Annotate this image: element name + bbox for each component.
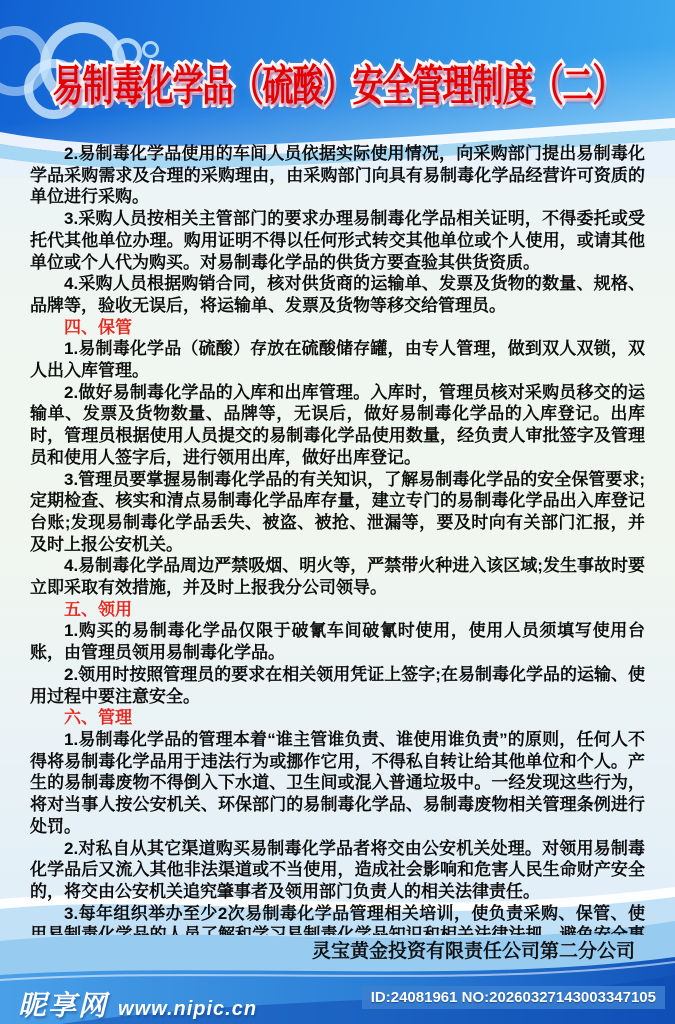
policy-paragraph: 2.做好易制毒化学品的入库和出库管理。入库时，管理员核对采购员移交的运输单、发票… — [30, 382, 645, 469]
policy-paragraph: 1.易制毒化学品的管理本着“谁主管谁负责、谁使用谁负责”的原则，任何人不得将易制… — [30, 729, 645, 838]
safety-policy-poster: 易制毒化学品（硫酸）安全管理制度（二） 2.易制毒化学品使用的车间人员依据实际使… — [0, 0, 675, 1024]
poster-title: 易制毒化学品（硫酸）安全管理制度（二） — [0, 50, 675, 113]
policy-text-area: 2.易制毒化学品使用的车间人员依据实际使用情况，向采购部门提出易制毒化学品采购需… — [30, 143, 645, 935]
watermark-site-url: www.nipic.cn — [118, 998, 257, 1021]
policy-paragraph: 4.采购人员根据购销合同，核对供货商的运输单、发票及货物的数量、规格、品牌等，验… — [30, 273, 645, 316]
policy-paragraph: 1.购买的易制毒化学品仅限于破氰车间破氰时使用，使用人员须填写使用台账，由管理员… — [30, 620, 645, 663]
policy-paragraph: 4.易制毒化学品周边严禁吸烟、明火等，严禁带火种进入该区域;发生事故时要立即采取… — [30, 555, 645, 598]
policy-paragraph: 2.易制毒化学品使用的车间人员依据实际使用情况，向采购部门提出易制毒化学品采购需… — [30, 143, 645, 208]
policy-paragraph: 2.领用时按照管理员的要求在相关领用凭证上签字;在易制毒化学品的运输、使用过程中… — [30, 664, 645, 707]
policy-paragraph: 1.易制毒化学品（硫酸）存放在硫酸储存罐，由专人管理，做到双人双锁，双人出入库管… — [30, 338, 645, 381]
policy-paragraph: 3.采购人员按相关主管部门的要求办理易制毒化学品相关证明，不得委托或受托代其他单… — [30, 208, 645, 273]
nipic-logo-icon: 昵享网 — [18, 984, 108, 1024]
watermark-logo: 昵享网 www.nipic.cn — [18, 984, 257, 1024]
policy-paragraph: 3.每年组织举办至少2次易制毒化学品管理相关培训，使负责采购、保管、使用易制毒化… — [30, 903, 645, 935]
policy-paragraph: 3.管理员要掌握易制毒化学品的有关知识，了解易制毒化学品的安全保管要求;定期检查… — [30, 469, 645, 556]
section-heading-management: 六、管理 — [30, 707, 645, 729]
company-signature: 灵宝黄金投资有限责任公司第二分公司 — [312, 936, 635, 963]
policy-paragraph: 2.对私自从其它渠道购买易制毒化学品者将交由公安机关处理。对领用易制毒化学品后又… — [30, 838, 645, 903]
watermark-id-badge: ID:24081961 NO:20260327143003347105 — [362, 986, 665, 1009]
section-heading-storage: 四、保管 — [30, 317, 645, 339]
section-heading-requisition: 五、领用 — [30, 599, 645, 621]
